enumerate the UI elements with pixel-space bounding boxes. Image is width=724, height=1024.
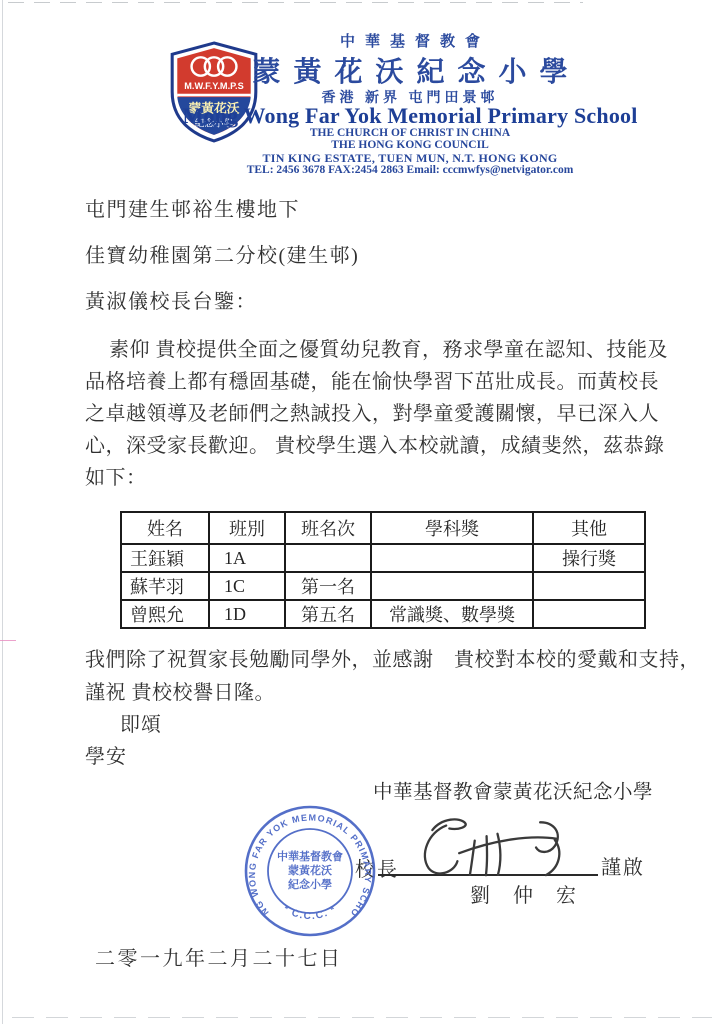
closing-line3: 即頌 (120, 708, 162, 737)
stamp-ring-text-bottom: * C.C.C. * (281, 904, 339, 923)
stamp-center-line3: 紀念小學 (287, 877, 332, 891)
cell-other: 操行獎 (533, 544, 645, 572)
table-row: 蘇芊羽 1C 第一名 (121, 572, 645, 600)
signoff-school-name: 中華基督教會蒙黃花沃紀念小學 (373, 776, 653, 804)
cell-subject-award (371, 544, 533, 572)
paragraph-line: 心，深受家長歡迎。 貴校學生選入本校就讀，成績斐然，茲恭錄 (85, 430, 660, 462)
cell-subject-award (371, 572, 533, 600)
cell-name: 王鈺穎 (121, 544, 209, 572)
cell-class: 1A (209, 544, 285, 572)
cell-other (533, 600, 645, 628)
scan-artifact-top-edge (8, 2, 583, 3)
scan-artifact-bottom-edge (12, 1017, 712, 1018)
respect-label: 謹啟 (601, 851, 645, 880)
letterhead-church-line: 中華基督教會 (150, 30, 670, 51)
cell-subject-award: 常識獎、數學獎 (371, 600, 533, 628)
recipient-address-line1: 屯門建生邨裕生樓地下 (85, 193, 300, 222)
stamp-center-line1: 中華基督教會 (277, 849, 343, 863)
letterhead-school-name-en: Mong Wong Far Yok Memorial Primary Schoo… (150, 103, 670, 129)
body-paragraph: 素仰 貴校提供全面之優質幼兒教育，務求學童在認知、技能及 品格培養上都有穩固基礎… (85, 334, 660, 494)
table-header-row: 姓名 班別 班名次 學科獎 其他 (121, 512, 645, 544)
scan-artifact-pink-mark (0, 640, 16, 641)
scanned-letter-page: { "header": { "church_line": "中華基督教會", "… (0, 0, 724, 1024)
scan-artifact-left-edge (2, 0, 3, 1024)
closing-line1: 我們除了祝賀家長勉勵同學外，並感謝 貴校對本校的愛戴和支持， (85, 643, 700, 672)
letterhead-org-line1: THE CHURCH OF CHRIST IN CHINA (150, 127, 670, 139)
recipient-salutation: 黃淑儀校長台鑒： (85, 285, 257, 314)
paragraph-line: 素仰 貴校提供全面之優質幼兒教育，務求學童在認知、技能及 (85, 334, 660, 366)
paragraph-line: 品格培養上都有穩固基礎，能在愉快學習下茁壯成長。而黃校長 (85, 366, 660, 398)
table-row: 王鈺穎 1A 操行獎 (121, 544, 645, 572)
principal-signature (403, 812, 581, 884)
paragraph-line: 如下： (85, 462, 660, 494)
paragraph-line: 之卓越領導及老師們之熱誠投入，對學童愛護關懷，早已深入人 (85, 398, 660, 430)
table-row: 曾熙允 1D 第五名 常識獎、數學獎 (121, 600, 645, 628)
letterhead-school-name-zh: 蒙黃花沃紀念小學 (150, 50, 670, 90)
stamp-center-line2: 蒙黃花沃 (288, 863, 332, 877)
cell-class-rank: 第一名 (285, 572, 371, 600)
header-other: 其他 (533, 512, 645, 544)
cell-name: 蘇芊羽 (121, 572, 209, 600)
letter-date: 二零一九年二月二十七日 (95, 942, 343, 971)
cell-class: 1C (209, 572, 285, 600)
header-class: 班別 (209, 512, 285, 544)
svg-text:* C.C.C. *: * C.C.C. * (281, 904, 339, 923)
header-subject-award: 學科獎 (371, 512, 533, 544)
school-stamp-seal: MONG WONG FAR YOK MEMORIAL PRIMARY SCHOO… (242, 803, 378, 939)
closing-line4: 學安 (85, 740, 127, 769)
header-class-rank: 班名次 (285, 512, 371, 544)
letterhead-org-line2: THE HONG KONG COUNCIL (150, 139, 670, 151)
cell-class: 1D (209, 600, 285, 628)
cell-class-rank: 第五名 (285, 600, 371, 628)
cell-name: 曾熙允 (121, 600, 209, 628)
header-name: 姓名 (121, 512, 209, 544)
closing-line2: 謹祝 貴校校譽日隆。 (85, 676, 275, 705)
student-awards-table: 姓名 班別 班名次 學科獎 其他 王鈺穎 1A 操行獎 蘇芊羽 1C 第一名 曾… (120, 511, 646, 629)
cell-other (533, 572, 645, 600)
recipient-address-line2: 佳寶幼稚園第二分校(建生邨) (85, 239, 359, 268)
letterhead-contact-line: TEL: 2456 3678 FAX:2454 2863 Email: cccm… (150, 164, 670, 176)
cell-class-rank (285, 544, 371, 572)
